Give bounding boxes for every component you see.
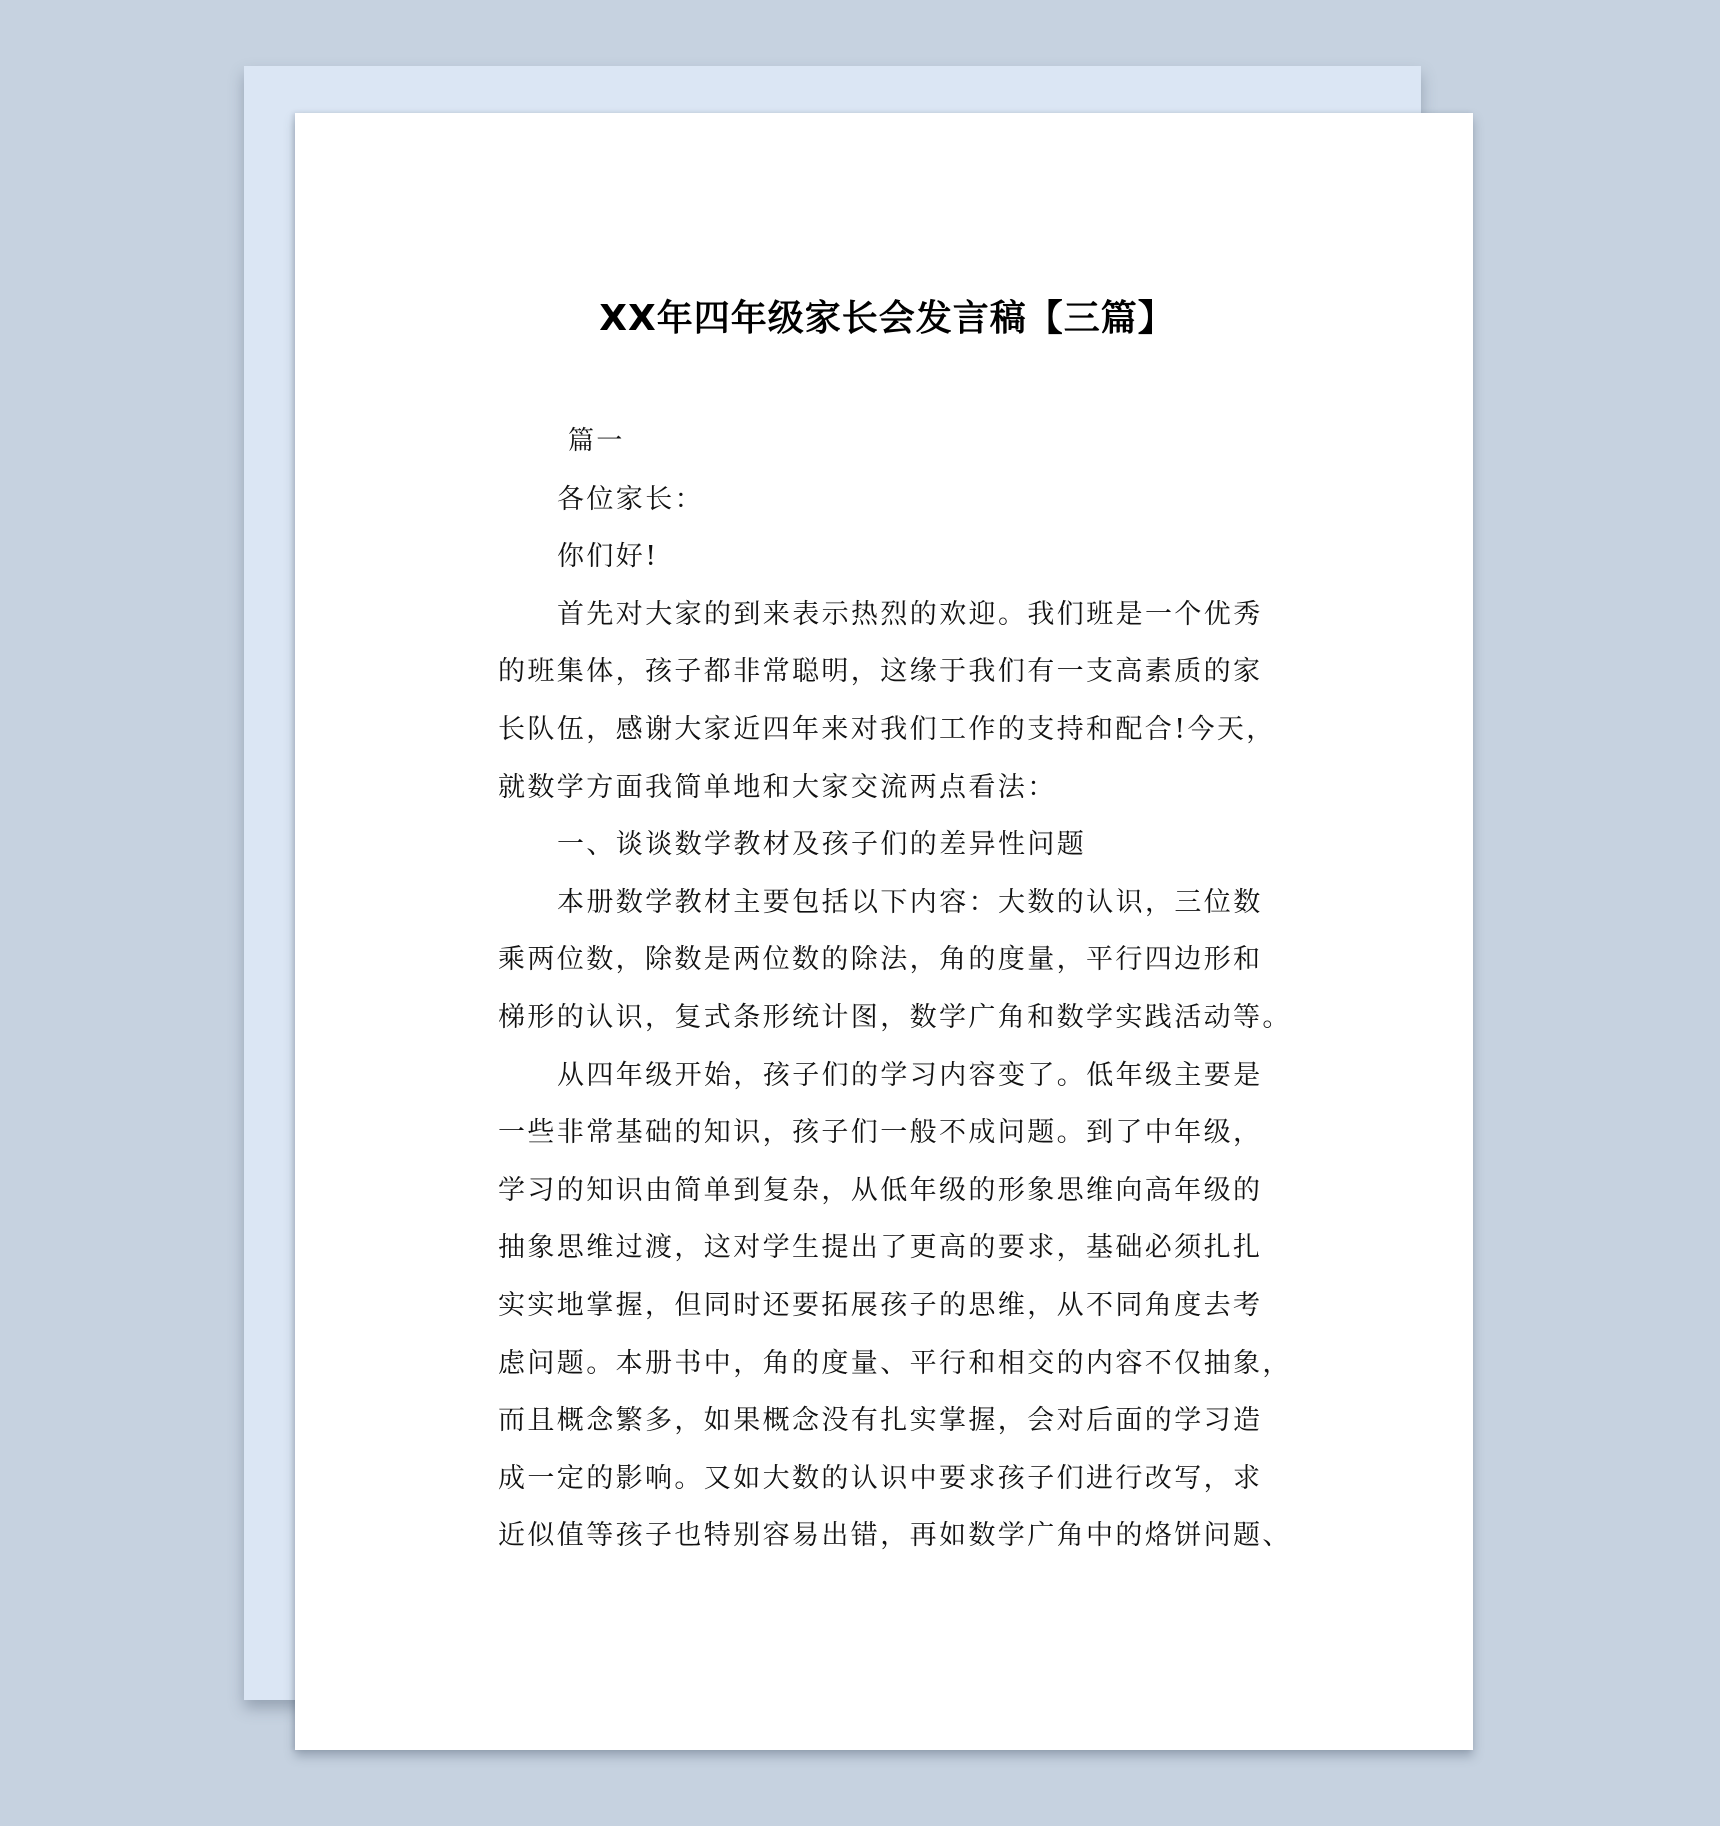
text-line: 一些非常基础的知识，孩子们一般不成问题。到了中年级， — [498, 1104, 1268, 1162]
text-line: 的班集体，孩子都非常聪明，这缘于我们有一支高素质的家 — [498, 643, 1268, 701]
text-line: 首先对大家的到来表示热烈的欢迎。我们班是一个优秀 — [498, 586, 1268, 644]
text-line: 而且概念繁多，如果概念没有扎实掌握，会对后面的学习造 — [498, 1392, 1268, 1450]
body-paragraphs: 首先对大家的到来表示热烈的欢迎。我们班是一个优秀的班集体，孩子都非常聪明，这缘于… — [498, 586, 1268, 1565]
front-page-sheet: XX年四年级家长会发言稿【三篇】 篇一 各位家长： 你们好! 首先对大家的到来表… — [295, 113, 1473, 1750]
text-line: 抽象思维过渡，这对学生提出了更高的要求，基础必须扎扎 — [498, 1219, 1268, 1277]
text-line: 成一定的影响。又如大数的认识中要求孩子们进行改写，求 — [498, 1450, 1268, 1508]
text-line: 就数学方面我简单地和大家交流两点看法： — [498, 759, 1268, 817]
greeting: 你们好! — [498, 528, 1268, 586]
text-line: 一、谈谈数学教材及孩子们的差异性问题 — [498, 816, 1268, 874]
text-line: 本册数学教材主要包括以下内容：大数的认识，三位数 — [498, 874, 1268, 932]
section-label: 篇一 — [498, 413, 1268, 471]
text-line: 长队伍，感谢大家近四年来对我们工作的支持和配合!今天， — [498, 701, 1268, 759]
document-body: 篇一 各位家长： 你们好! 首先对大家的到来表示热烈的欢迎。我们班是一个优秀的班… — [498, 413, 1268, 1565]
text-line: 虑问题。本册书中，角的度量、平行和相交的内容不仅抽象， — [498, 1335, 1268, 1393]
text-line: 从四年级开始，孩子们的学习内容变了。低年级主要是 — [498, 1047, 1268, 1105]
text-line: 梯形的认识，复式条形统计图，数学广角和数学实践活动等。 — [498, 989, 1268, 1047]
document-title: XX年四年级家长会发言稿【三篇】 — [295, 290, 1473, 341]
salutation: 各位家长： — [498, 471, 1268, 529]
text-line: 学习的知识由简单到复杂，从低年级的形象思维向高年级的 — [498, 1162, 1268, 1220]
text-line: 实实地掌握，但同时还要拓展孩子的思维，从不同角度去考 — [498, 1277, 1268, 1335]
text-line: 近似值等孩子也特别容易出错，再如数学广角中的烙饼问题、 — [498, 1507, 1268, 1565]
text-line: 乘两位数，除数是两位数的除法，角的度量，平行四边形和 — [498, 931, 1268, 989]
